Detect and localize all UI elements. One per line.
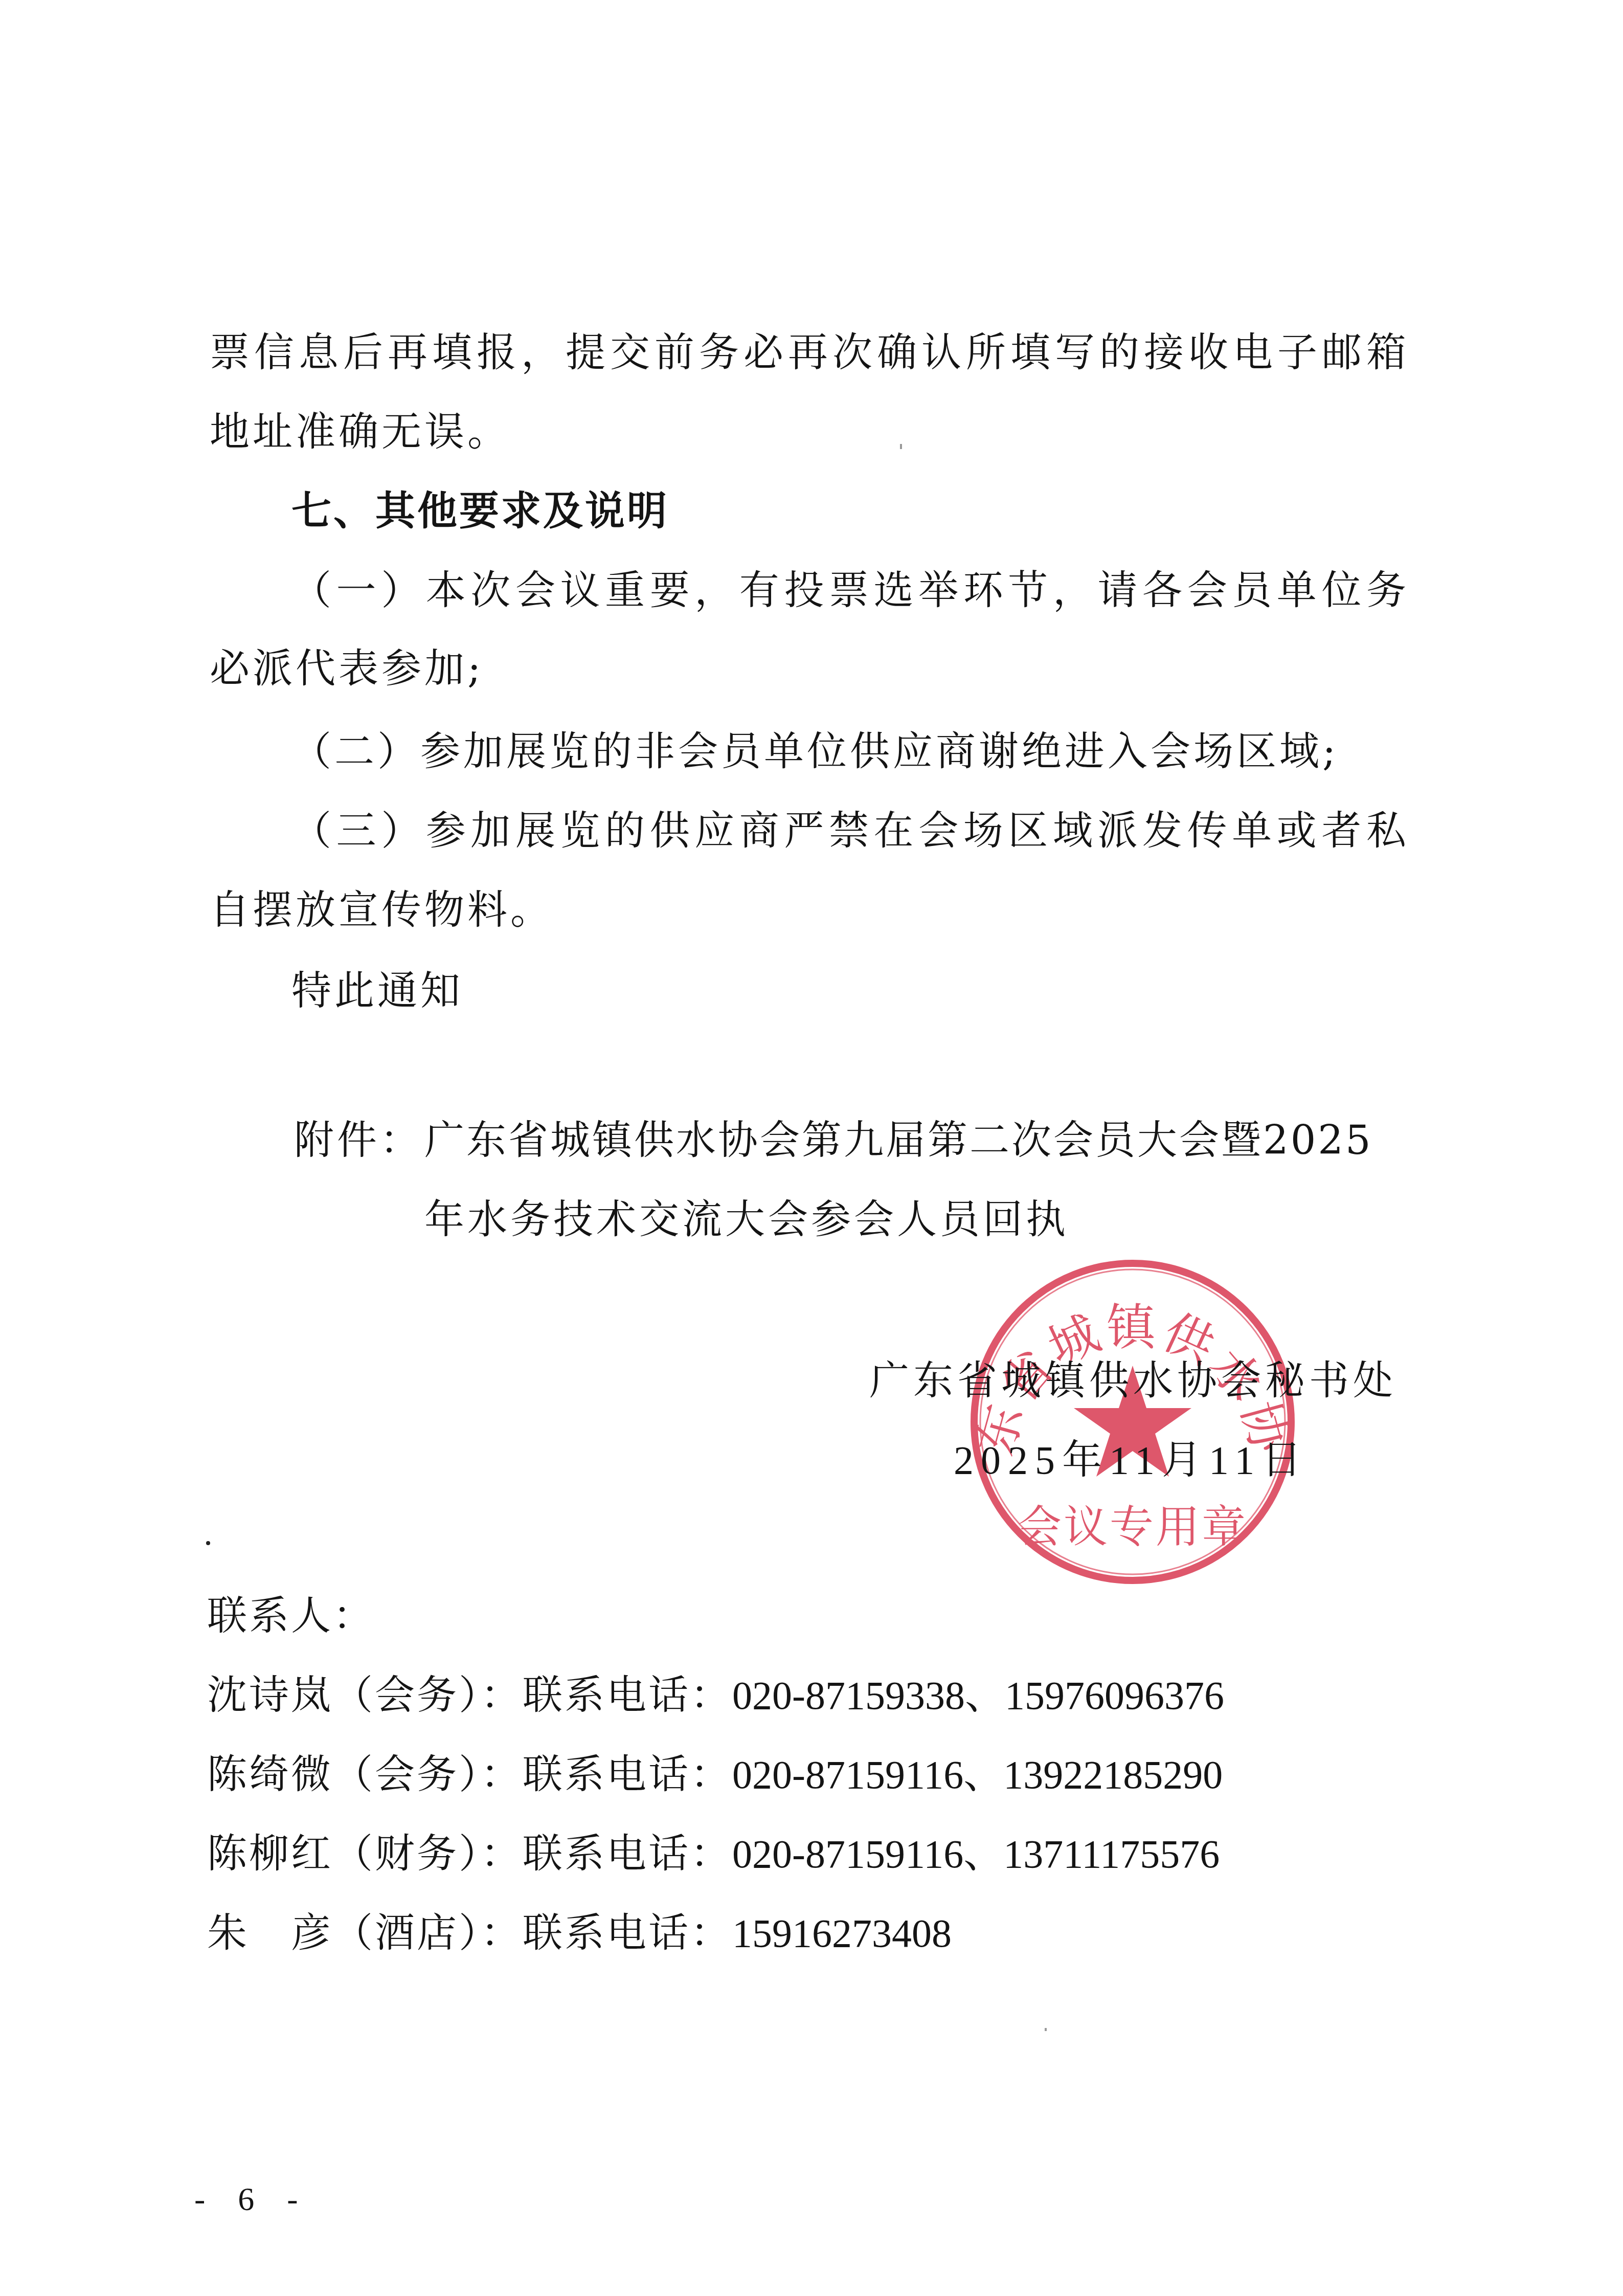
list-item-1-continued: 必派代表参加;: [210, 643, 484, 695]
contact-row: 沈诗岚（会务）：联系电话：020-87159338、15976096376: [207, 1670, 1224, 1721]
list-item-2: （二）参加展览的非会员单位供应商谢绝进入会场区域;: [291, 726, 1339, 777]
scan-dot: [206, 1541, 210, 1545]
list-item-3: （三）参加展览的供应商严禁在会场区域派发传单或者私: [291, 806, 1406, 857]
contact-role: （会务）: [333, 1752, 481, 1798]
contact-row: 朱 彦（酒店）：联系电话：15916273408: [207, 1908, 952, 1959]
contact-role: （会务）: [333, 1673, 481, 1719]
signature-date: 2025年11月11日: [954, 1435, 1309, 1486]
contact-name: 陈绮微: [207, 1752, 333, 1798]
contact-phones: 15916273408: [732, 1911, 952, 1955]
page-number: - 6 -: [194, 2174, 310, 2225]
contact-row: 陈绮微（会务）：联系电话：020-87159116、13922185290: [207, 1749, 1223, 1800]
scan-speck: [900, 444, 902, 449]
contact-role: （财务）: [333, 1831, 481, 1877]
attachment-label: 附件：: [294, 1115, 423, 1166]
contact-name: 朱 彦: [207, 1910, 333, 1956]
contact-role: （酒店）: [333, 1910, 481, 1956]
contact-phones: 020-87159338、15976096376: [732, 1673, 1224, 1718]
contact-name: 陈柳红: [207, 1831, 333, 1877]
contact-phone-label: 联系电话：: [523, 1910, 732, 1956]
official-seal: 广东省城镇供水协会 会议专用章: [966, 1256, 1299, 1588]
contact-separator: ：: [481, 1752, 523, 1798]
closing-text: 特此通知: [291, 966, 463, 1017]
attachment-title-continued: 年水务技术交流大会参会人员回执: [424, 1194, 1069, 1245]
contact-separator: ：: [481, 1831, 523, 1877]
contact-separator: ：: [481, 1910, 523, 1956]
seal-icon: 广东省城镇供水协会 会议专用章: [966, 1256, 1299, 1588]
signature-organization: 广东省城镇供水协会秘书处: [869, 1355, 1397, 1407]
contact-phone-label: 联系电话：: [523, 1673, 732, 1719]
contact-phone-label: 联系电话：: [523, 1831, 732, 1877]
contact-row: 陈柳红（财务）：联系电话：020-87159116、13711175576: [207, 1829, 1220, 1880]
contact-phone-label: 联系电话：: [523, 1752, 732, 1798]
paragraph-line: 地址准确无误。: [210, 407, 510, 458]
contact-phones: 020-87159116、13922185290: [732, 1752, 1223, 1797]
paragraph-line: 票信息后再填报，提交前务必再次确认所填写的接收电子邮箱: [210, 327, 1406, 378]
contact-separator: ：: [481, 1673, 523, 1719]
svg-text:会议专用章: 会议专用章: [1018, 1502, 1248, 1553]
section-heading: 七、其他要求及说明: [291, 486, 669, 537]
attachment-title: 广东省城镇供水协会第九届第二次会员大会暨2025: [424, 1115, 1373, 1166]
document-page: 票信息后再填报，提交前务必再次确认所填写的接收电子邮箱 地址准确无误。 七、其他…: [0, 0, 1623, 2296]
list-item-3-continued: 自摆放宣传物料。: [210, 885, 553, 936]
contact-name: 沈诗岚: [207, 1673, 333, 1719]
list-item-1: （一）本次会议重要，有投票选举环节，请各会员单位务: [291, 565, 1406, 616]
contact-phones: 020-87159116、13711175576: [732, 1832, 1220, 1876]
contacts-label: 联系人：: [207, 1591, 375, 1642]
scan-speck: [1045, 2028, 1047, 2031]
